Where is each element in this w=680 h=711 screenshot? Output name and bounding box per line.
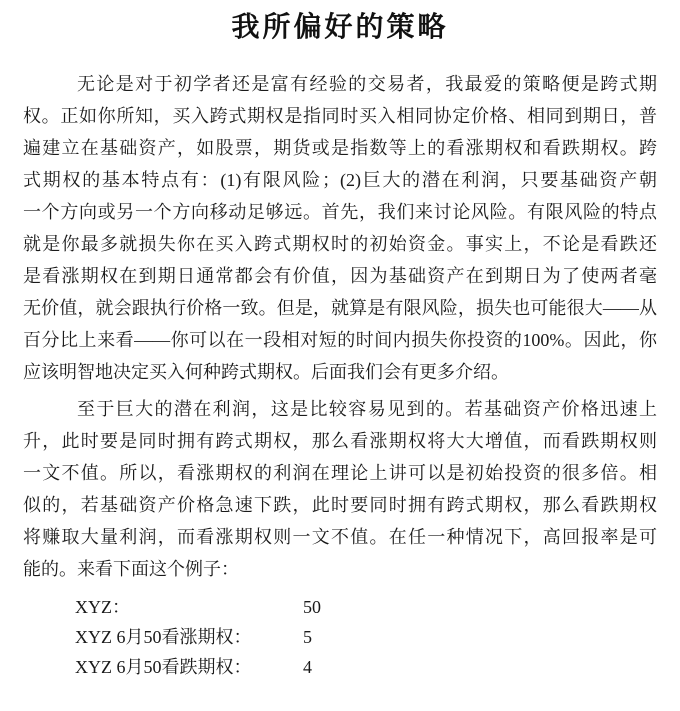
body-line: 升，此时要是同时拥有跨式期权，那么看涨期权将大大增值，而看跌期权则: [23, 425, 657, 457]
page-title: 我所偏好的策略: [23, 8, 657, 46]
book-page: 我所偏好的策略 无论是对于初学者还是富有经验的交易者，我最爱的策略便是跨式期 权…: [0, 0, 680, 711]
body-line: 就是你最多就损失你在买入跨式期权时的初始资金。事实上，不论是看跌还: [23, 228, 657, 260]
body-line: 应该明智地决定买入何种跨式期权。后面我们会有更多介绍。: [23, 356, 657, 388]
body-line: 无价值，就会跟执行价格一致。但是，就算是有限风险，损失也可能很大——从: [23, 292, 657, 324]
paragraph-1: 无论是对于初学者还是富有经验的交易者，我最爱的策略便是跨式期 权。正如你所知，买…: [23, 68, 657, 388]
body-text: 无论是对于初学者还是富有经验的交易者，我最爱的策略便是跨式期 权。正如你所知，买…: [23, 68, 657, 682]
example-value: 4: [303, 652, 312, 682]
example-row: XYZ 6月50看跌期权： 4: [23, 652, 657, 682]
paragraph-2: 至于巨大的潜在利润，这是比较容易见到的。若基础资产价格迅速上 升，此时要是同时拥…: [23, 393, 657, 585]
example-label: XYZ 6月50看跌期权：: [75, 652, 303, 682]
example-list: XYZ： 50 XYZ 6月50看涨期权： 5 XYZ 6月50看跌期权： 4: [23, 592, 657, 682]
body-line: 式期权的基本特点有：(1)有限风险；(2)巨大的潜在利润，只要基础资产朝: [23, 164, 657, 196]
body-line: 一个方向或另一个方向移动足够远。首先，我们来讨论风险。有限风险的特点: [23, 196, 657, 228]
example-row: XYZ： 50: [23, 592, 657, 622]
body-line: 遍建立在基础资产，如股票，期货或是指数等上的看涨期权和看跌期权。跨: [23, 132, 657, 164]
body-line: 至于巨大的潜在利润，这是比较容易见到的。若基础资产价格迅速上: [23, 393, 657, 425]
example-row: XYZ 6月50看涨期权： 5: [23, 622, 657, 652]
example-value: 5: [303, 622, 312, 652]
example-label: XYZ 6月50看涨期权：: [75, 622, 303, 652]
body-line: 百分比上来看——你可以在一段相对短的时间内损失你投资的100%。因此，你: [23, 324, 657, 356]
body-line: 是看涨期权在到期日通常都会有价值，因为基础资产在到期日为了使两者毫: [23, 260, 657, 292]
body-line: 将赚取大量利润，而看涨期权则一文不值。在任一种情况下，高回报率是可: [23, 521, 657, 553]
body-line: 似的，若基础资产价格急速下跌，此时要同时拥有跨式期权，那么看跌期权: [23, 489, 657, 521]
example-value: 50: [303, 592, 321, 622]
example-label: XYZ：: [75, 592, 303, 622]
body-line: 权。正如你所知，买入跨式期权是指同时买入相同协定价格、相同到期日，普: [23, 100, 657, 132]
body-line: 无论是对于初学者还是富有经验的交易者，我最爱的策略便是跨式期: [23, 68, 657, 100]
body-line: 一文不值。所以，看涨期权的利润在理论上讲可以是初始投资的很多倍。相: [23, 457, 657, 489]
body-line: 能的。来看下面这个例子：: [23, 553, 657, 585]
